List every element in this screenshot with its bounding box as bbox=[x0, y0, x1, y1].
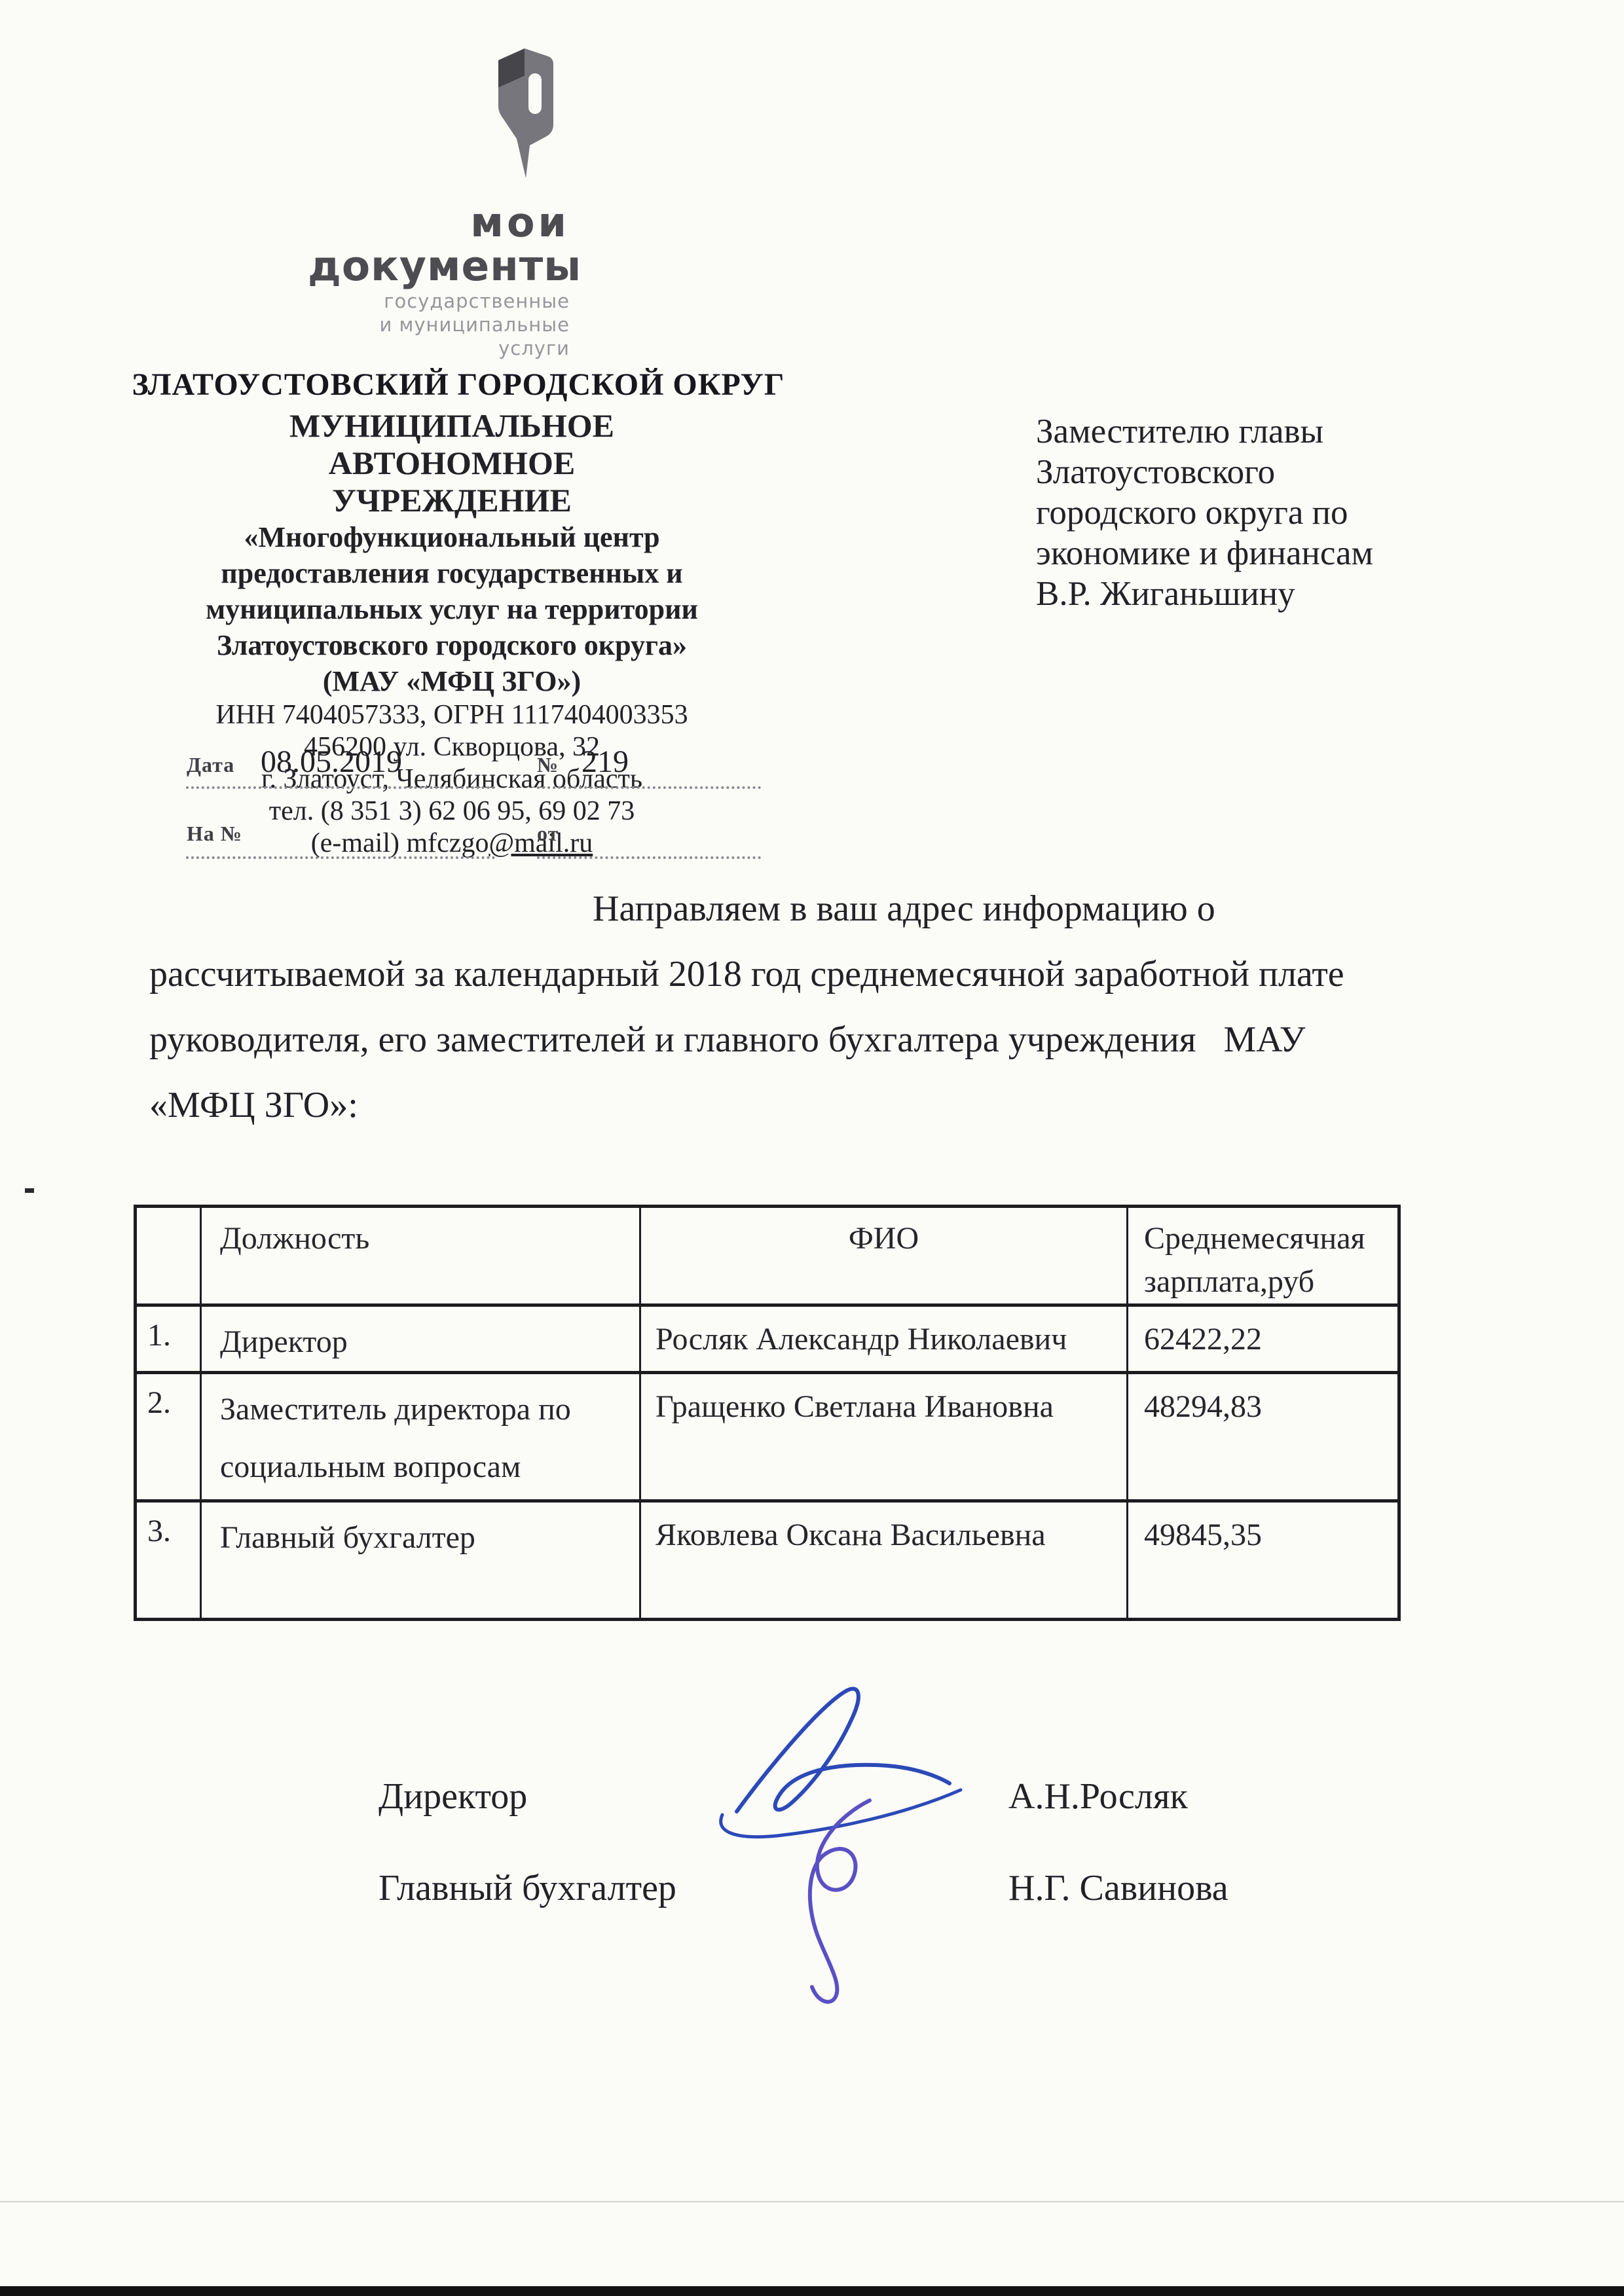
my-documents-logo: мои документы государственные и муниципа… bbox=[308, 47, 570, 360]
body-line: Направляем в ваш адрес информацию о bbox=[593, 888, 1215, 930]
row-salary: 49845,35 bbox=[1128, 1501, 1399, 1620]
row-full-name: Яковлева Оксана Васильевна bbox=[640, 1501, 1128, 1620]
row-full-name: Гращенко Светлана Ивановна bbox=[640, 1373, 1128, 1501]
recipient-line: Златоустовского bbox=[1036, 452, 1429, 492]
sender-email-prefix: (e-mail) mfczgo bbox=[311, 828, 489, 858]
row-position: Заместитель директора посоциальным вопро… bbox=[201, 1373, 640, 1501]
accountant-signature bbox=[771, 1791, 919, 2010]
recipient-line: экономике и финансам bbox=[1036, 533, 1429, 574]
row-position: Главный бухгалтер bbox=[201, 1501, 640, 1620]
from-dotted-line bbox=[537, 856, 761, 859]
district-header: ЗЛАТОУСТОВСКИЙ ГОРОДСКОЙ ОКРУГ bbox=[98, 367, 819, 403]
row-num: 3. bbox=[136, 1501, 201, 1620]
logo-brand-bottom: документы bbox=[308, 244, 570, 289]
header-position-cell: Должность bbox=[201, 1207, 640, 1305]
my-documents-logo-icon bbox=[490, 47, 563, 185]
table-row: 2. Заместитель директора посоциальным во… bbox=[136, 1373, 1399, 1501]
sender-email-line: (e-mail) mfczgo@mail.ru bbox=[164, 828, 740, 860]
number-dotted-line bbox=[537, 786, 761, 789]
table-row: 3. Главный бухгалтер Яковлева Оксана Вас… bbox=[136, 1501, 1399, 1620]
body-line: рассчитываемой за календарный 2018 год с… bbox=[149, 953, 1344, 995]
position-line: социальным вопросам bbox=[220, 1438, 639, 1496]
row-salary: 48294,83 bbox=[1128, 1373, 1399, 1501]
header-name-cell: ФИО bbox=[640, 1207, 1128, 1305]
salary-table-header-row: Должность ФИО Среднемесячная зарплата,ру… bbox=[136, 1207, 1399, 1305]
row-position: Директор bbox=[201, 1305, 640, 1373]
position-line: Заместитель директора по bbox=[220, 1381, 639, 1438]
header-salary-line2: зарплата,руб bbox=[1144, 1260, 1397, 1303]
date-label: Дата bbox=[187, 753, 234, 777]
sender-address-street: 456200 ул. Скворцова, 32 bbox=[164, 731, 740, 763]
recipient-line: городского округа по bbox=[1036, 492, 1429, 533]
header-num-cell bbox=[136, 1207, 201, 1305]
salary-table: Должность ФИО Среднемесячная зарплата,ру… bbox=[134, 1205, 1401, 1621]
row-num: 1. bbox=[136, 1305, 201, 1373]
sender-name-line: муниципальных услуг на территории bbox=[164, 591, 740, 627]
date-value: 08.05.2019 bbox=[261, 744, 402, 780]
sender-name-line: предоставления государственных и bbox=[164, 555, 740, 591]
date-dotted-line bbox=[186, 786, 495, 789]
scan-edge-bar bbox=[0, 2286, 1624, 2296]
row-salary: 62422,22 bbox=[1128, 1305, 1399, 1373]
accountant-name: Н.Г. Савинова bbox=[1008, 1867, 1228, 1909]
logo-brand-top: мои bbox=[308, 202, 570, 244]
sender-letterhead: МУНИЦИПАЛЬНОЕ АВТОНОМНОЕ УЧРЕЖДЕНИЕ «Мно… bbox=[164, 407, 740, 860]
scan-speck bbox=[25, 1188, 34, 1193]
body-line: руководителя, его заместителей и главног… bbox=[149, 1019, 1305, 1061]
recipient-name: В.Р. Жиганьшину bbox=[1036, 574, 1429, 614]
sender-abbreviation: (МАУ «МФЦ ЗГО») bbox=[164, 663, 740, 699]
scan-fold-line bbox=[0, 2201, 1624, 2202]
header-salary-cell: Среднемесячная зарплата,руб bbox=[1128, 1207, 1399, 1305]
logo-tagline-line1: государственные bbox=[308, 289, 570, 313]
logo-tagline-line2: и муниципальные услуги bbox=[308, 313, 570, 360]
body-line: «МФЦ ЗГО»: bbox=[149, 1084, 358, 1126]
position-line: Директор bbox=[220, 1313, 639, 1371]
number-value: 219 bbox=[581, 744, 629, 780]
accountant-title: Главный бухгалтер bbox=[378, 1867, 676, 1909]
sender-name-line: Златоустовского городского округа» bbox=[164, 627, 740, 663]
table-row: 1. Директор Росляк Александр Николаевич … bbox=[136, 1305, 1399, 1373]
header-salary-line1: Среднемесячная bbox=[1144, 1217, 1397, 1260]
incoming-number-label: На № bbox=[187, 822, 242, 846]
director-name: А.Н.Росляк bbox=[1008, 1776, 1188, 1817]
recipient-line: Заместителю главы bbox=[1036, 411, 1429, 452]
scanned-letter-page: мои документы государственные и муниципа… bbox=[0, 0, 1624, 2296]
sender-inn-ogrn: ИНН 7404057333, ОГРН 1117404003353 bbox=[164, 699, 740, 731]
sender-phone: тел. (8 351 3) 62 06 95, 69 02 73 bbox=[164, 795, 740, 828]
row-full-name: Росляк Александр Николаевич bbox=[640, 1305, 1128, 1373]
sender-address-city: г. Златоуст, Челябинская область bbox=[164, 763, 740, 795]
row-num: 2. bbox=[136, 1373, 201, 1501]
recipient-block: Заместителю главы Златоустовского городс… bbox=[1036, 411, 1429, 614]
sender-name-line: МУНИЦИПАЛЬНОЕ АВТОНОМНОЕ bbox=[164, 407, 740, 482]
from-label: от bbox=[537, 822, 559, 846]
director-title: Директор bbox=[378, 1776, 527, 1817]
sender-name-line: УЧРЕЖДЕНИЕ bbox=[164, 482, 740, 519]
number-label: № bbox=[537, 753, 559, 777]
position-line: Главный бухгалтер bbox=[220, 1509, 639, 1567]
sender-name-line: «Многофункциональный центр bbox=[164, 519, 740, 555]
incoming-dotted-line bbox=[186, 856, 495, 859]
